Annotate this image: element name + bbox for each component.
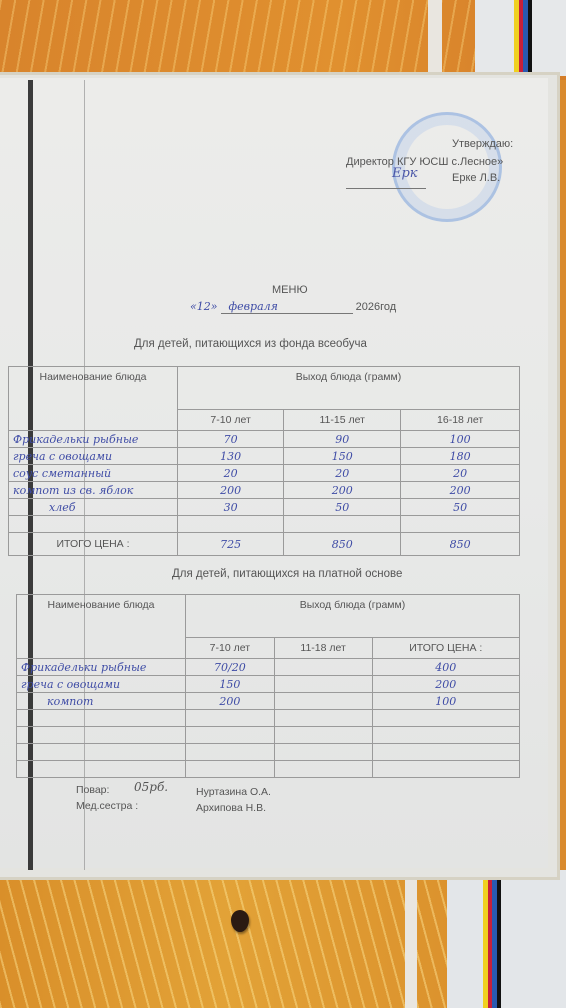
dish-name: Фрикадельки рыбные xyxy=(9,431,178,448)
table-row xyxy=(17,744,520,761)
dish-name: компот xyxy=(17,693,186,710)
yield-value xyxy=(274,710,372,727)
col-dish-header: Наименование блюда xyxy=(17,595,186,659)
yield-value xyxy=(186,727,275,744)
nurse-label: Мед.сестра : xyxy=(76,800,138,812)
yield-value xyxy=(401,516,520,533)
table-row xyxy=(17,727,520,744)
dish-name xyxy=(17,727,186,744)
total-label: ИТОГО ЦЕНА : xyxy=(9,533,178,556)
wall-poster-bottom xyxy=(0,870,566,1008)
yield-value: 150 xyxy=(284,448,401,465)
price-header: ИТОГО ЦЕНА : xyxy=(372,638,519,659)
col-yield-header: Выход блюда (грамм) xyxy=(178,367,520,410)
yield-value xyxy=(274,693,372,710)
table-row: греча с овощами 150 200 xyxy=(17,676,520,693)
table-row: Фрикадельки рыбные 70/20 400 xyxy=(17,659,520,676)
dish-name xyxy=(17,744,186,761)
age-group-header: 16-18 лет xyxy=(401,410,520,431)
free-meals-table: Наименование блюда Выход блюда (грамм) 7… xyxy=(8,366,520,556)
yield-value: 20 xyxy=(401,465,520,482)
section2-heading: Для детей, питающихся на платной основе xyxy=(172,568,402,580)
wall-poster-top xyxy=(0,0,566,80)
dish-name: греча с овощами xyxy=(17,676,186,693)
yield-value: 200 xyxy=(401,482,520,499)
price-value: 100 xyxy=(372,693,519,710)
price-value xyxy=(372,761,519,778)
price-value xyxy=(372,727,519,744)
yield-value: 30 xyxy=(178,499,284,516)
yield-value xyxy=(186,744,275,761)
price-value xyxy=(372,744,519,761)
director-signature: Ерк xyxy=(392,166,418,181)
yield-value: 180 xyxy=(401,448,520,465)
yield-value xyxy=(186,710,275,727)
yield-value: 90 xyxy=(284,431,401,448)
yield-value: 50 xyxy=(401,499,520,516)
age-group-header: 7-10 лет xyxy=(186,638,275,659)
yield-value: 200 xyxy=(284,482,401,499)
date-year: 2026год xyxy=(356,301,397,313)
table-row xyxy=(17,761,520,778)
color-stripes xyxy=(514,0,532,76)
nurse-name: Архипова Н.В. xyxy=(196,802,266,814)
dish-name: Фрикадельки рыбные xyxy=(17,659,186,676)
poster-right-panel xyxy=(447,870,566,1008)
yield-value: 50 xyxy=(284,499,401,516)
price-value: 400 xyxy=(372,659,519,676)
table-row: Фрикадельки рыбные 70 90 100 xyxy=(9,431,520,448)
date-line: «12» февраля 2026год xyxy=(190,300,396,314)
price-value xyxy=(372,710,519,727)
yield-value: 70 xyxy=(178,431,284,448)
color-stripes xyxy=(483,870,501,1008)
age-group-header: 7-10 лет xyxy=(178,410,284,431)
yield-value: 150 xyxy=(186,676,275,693)
price-value: 200 xyxy=(372,676,519,693)
total-value: 850 xyxy=(401,533,520,556)
yield-value: 100 xyxy=(401,431,520,448)
table-row: хлеб 30 50 50 xyxy=(9,499,520,516)
yield-value: 70/20 xyxy=(186,659,275,676)
total-value: 725 xyxy=(178,533,284,556)
total-row: ИТОГО ЦЕНА : 725 850 850 xyxy=(9,533,520,556)
page-title: МЕНЮ xyxy=(272,284,308,296)
poster-white-strip xyxy=(405,870,417,1008)
table-row: греча с овощами 130 150 180 xyxy=(9,448,520,465)
dish-name xyxy=(9,516,178,533)
director-title: Директор КГУ ЮСШ с.Лесное» xyxy=(346,156,503,168)
yield-value xyxy=(274,744,372,761)
dish-name xyxy=(17,710,186,727)
yield-value xyxy=(186,761,275,778)
yield-value: 200 xyxy=(178,482,284,499)
director-name: Ерке Л.В. xyxy=(452,172,500,184)
cook-name: Нуртазина О.А. xyxy=(196,786,271,798)
cook-label: Повар: xyxy=(76,784,109,796)
table-row: компот 200 100 xyxy=(17,693,520,710)
col-yield-header: Выход блюда (грамм) xyxy=(186,595,520,638)
total-value: 850 xyxy=(284,533,401,556)
age-group-header: 11-15 лет xyxy=(284,410,401,431)
poster-white-strip xyxy=(428,0,442,76)
yield-value: 200 xyxy=(186,693,275,710)
age-group-header: 11-18 лет xyxy=(274,638,372,659)
date-month: февраля xyxy=(221,300,353,314)
yield-value: 20 xyxy=(284,465,401,482)
table-row xyxy=(17,710,520,727)
table-row xyxy=(9,516,520,533)
date-day: «12» xyxy=(190,300,217,313)
yield-value xyxy=(274,761,372,778)
table-row: соус сметанный 20 20 20 xyxy=(9,465,520,482)
yield-value: 20 xyxy=(178,465,284,482)
dish-name: соус сметанный xyxy=(9,465,178,482)
yield-value: 130 xyxy=(178,448,284,465)
cook-signature: 05рб. xyxy=(134,780,168,794)
dish-name: компот из св. яблок xyxy=(9,482,178,499)
table-row: компот из св. яблок 200 200 200 xyxy=(9,482,520,499)
dish-name: греча с овощами xyxy=(9,448,178,465)
yield-value xyxy=(274,659,372,676)
yield-value xyxy=(274,676,372,693)
approval-label: Утверждаю: xyxy=(452,138,513,150)
col-dish-header: Наименование блюда xyxy=(9,367,178,431)
section1-heading: Для детей, питающихся из фонда всеобуча xyxy=(134,338,367,350)
dish-name: хлеб xyxy=(9,499,178,516)
dish-name xyxy=(17,761,186,778)
yield-value xyxy=(274,727,372,744)
yield-value xyxy=(178,516,284,533)
yield-value xyxy=(284,516,401,533)
paid-meals-table: Наименование блюда Выход блюда (грамм) 7… xyxy=(16,594,520,778)
